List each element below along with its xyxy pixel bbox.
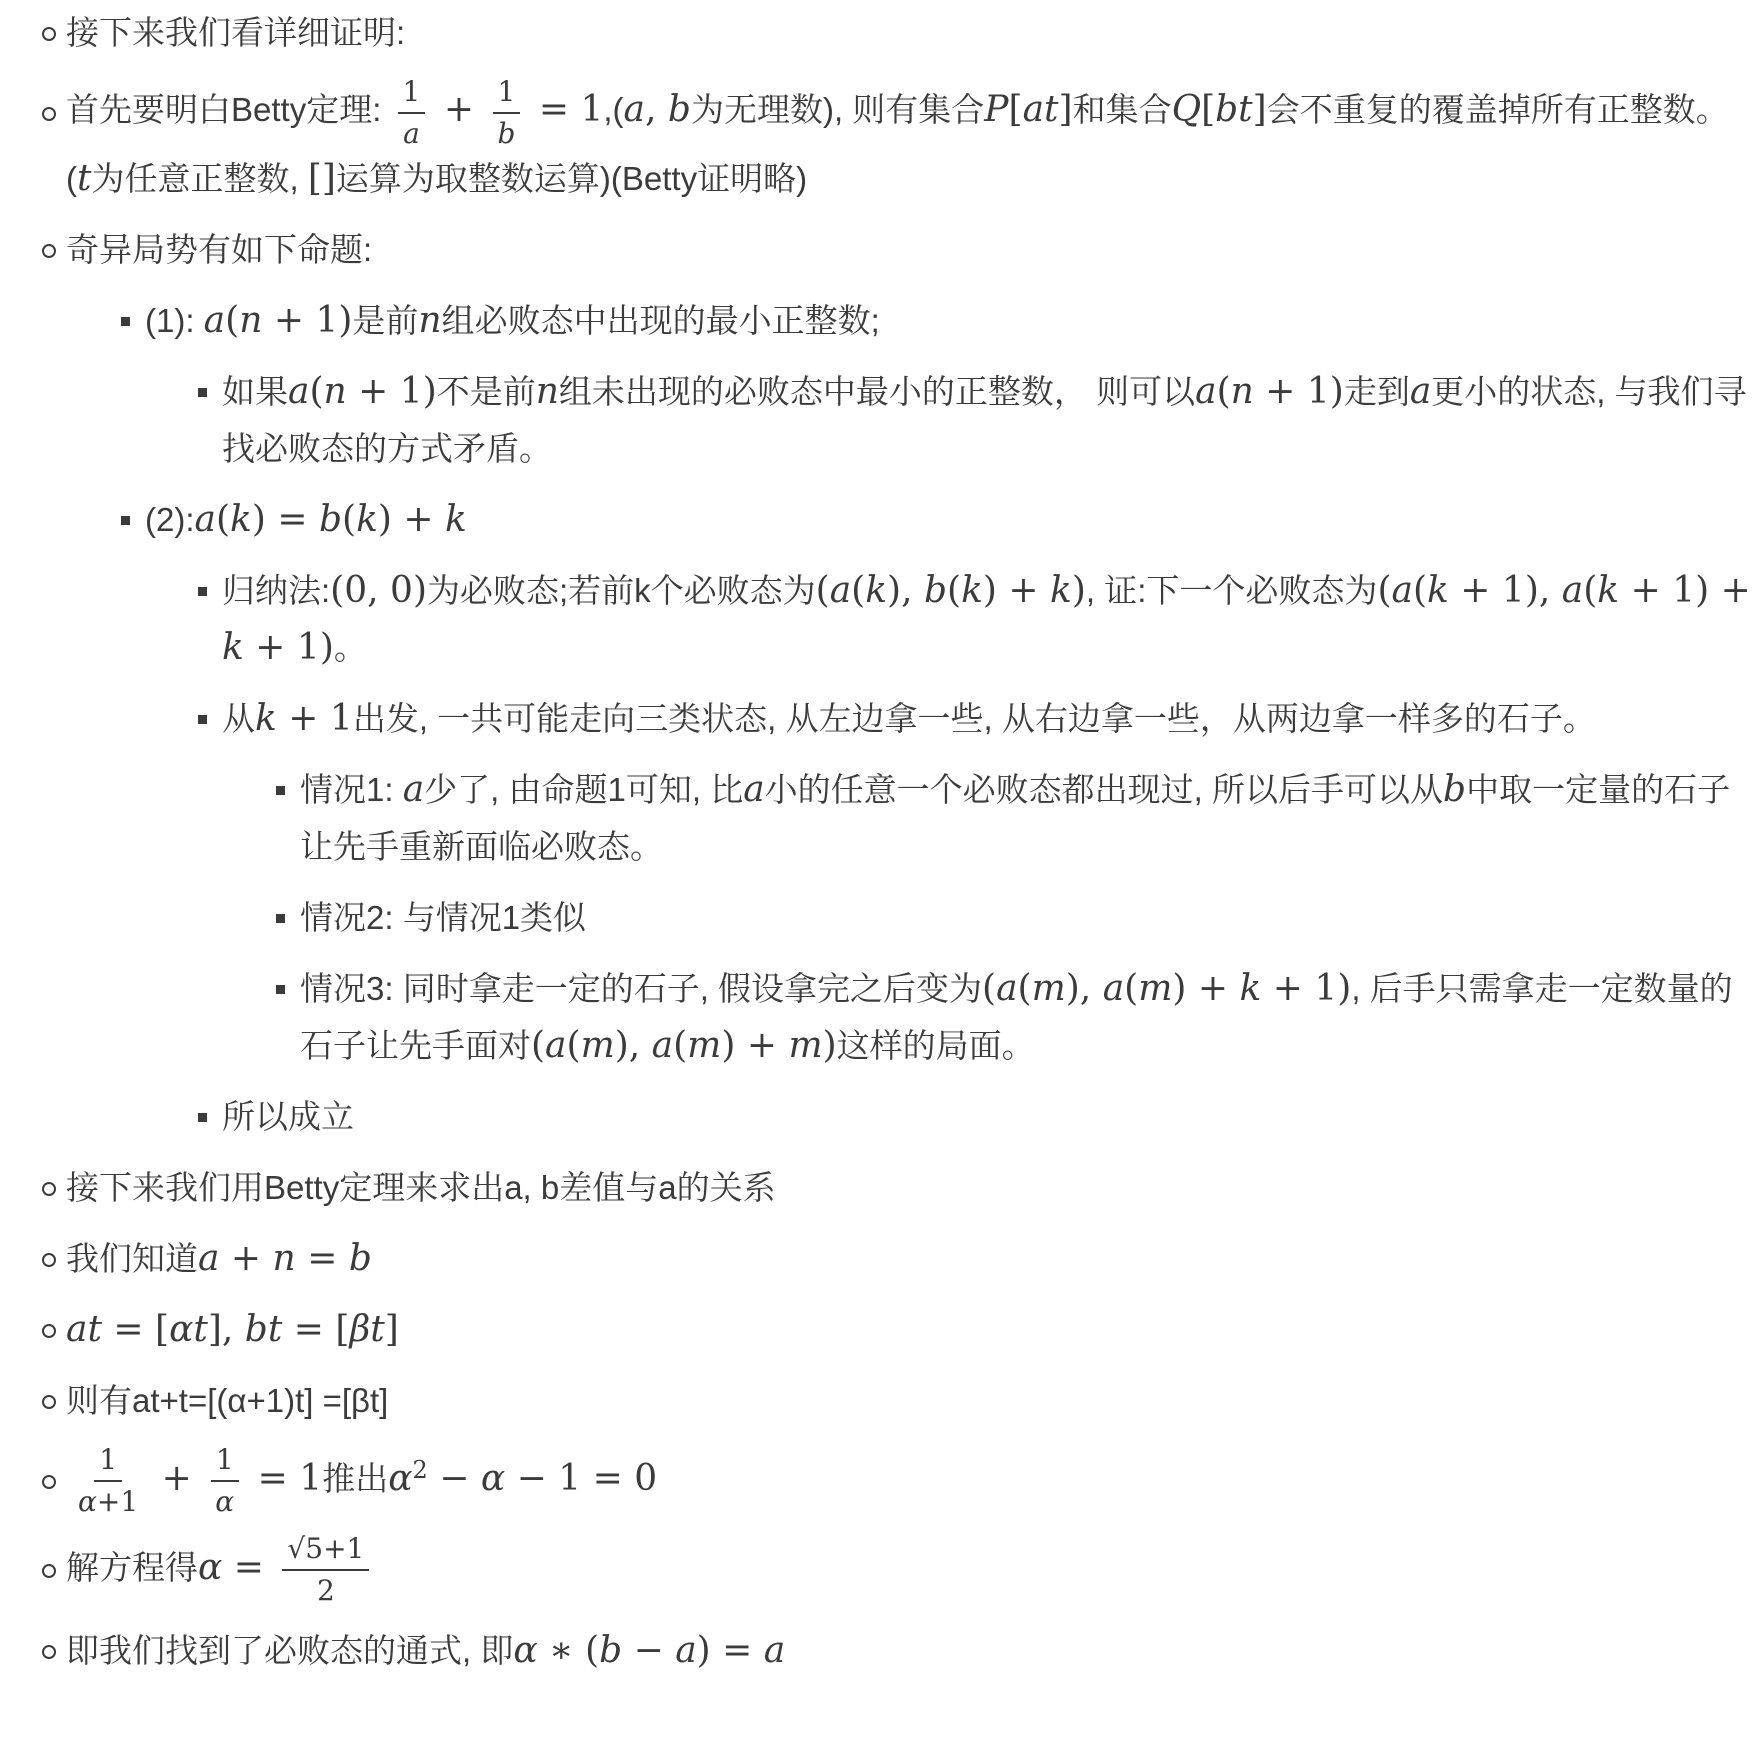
list-item-content: 从k + 1出发, 一共可能走向三类状态, 从左边拿一些, 从右边拿一些，从两边… [222,700,1596,737]
fraction-denominator: a [398,114,425,151]
square-bullet-icon [121,516,130,525]
math-run: a(n + 1) [204,300,353,341]
math-run: a(n + 1) [288,371,437,412]
list-item-content: 所以成立 [222,1098,354,1135]
text-run: 为无理数), 则有集合 [691,91,984,128]
text-run: 组未出现的必败态中最小的正整数， 则可以 [559,373,1195,410]
math-run: = 1 [527,89,603,130]
circle-bullet-icon [42,1564,56,1578]
math-run: b [1443,769,1466,810]
list-item-content: 奇异局势有如下命题: [66,231,372,268]
square-bullet-icon [276,786,285,795]
list-item: 即我们找到了必败态的通式, 即α ∗ (b − a) = a [0,1622,1752,1679]
text-run: 少了, 由命题1可知, 比 [424,771,743,808]
list-item: 情况3: 同时拿走一定的石子, 假设拿完之后变为(a(m), a(m) + k … [0,960,1752,1074]
text-run: (2): [145,501,195,538]
math-run: (a(m), a(m) + k + 1) [982,968,1351,1009]
square-bullet-icon [198,587,207,596]
circle-bullet-icon [42,107,56,121]
fraction-numerator: √5+1 [282,1532,369,1571]
text-run: 解方程得 [66,1549,198,1586]
circle-bullet-icon [42,1182,56,1196]
text-run: 小的任意一个必败态都出现过, 所以后手可以从 [765,771,1443,808]
list-item-content: 接下来我们看详细证明: [66,14,405,51]
text-run: 归纳法: [222,572,330,609]
fraction-denominator: b [492,114,520,151]
math-run: at = [αt], bt = [βt] [66,1309,399,1350]
fraction-numerator: 1 [398,75,426,114]
circle-bullet-icon [42,1645,56,1659]
text-run: 为必败态;若前k个必败态为 [427,572,816,609]
math-run: α = [198,1547,275,1588]
math-run: a(n + 1) [1195,371,1344,412]
list-item-content: (2):a(k) = b(k) + k [145,501,467,538]
list-item-content: 归纳法:(0, 0)为必败态;若前k个必败态为(a(k), b(k) + k),… [222,572,1751,666]
math-run: [] [308,158,336,199]
list-item: 奇异局势有如下命题: [0,221,1752,278]
list-item-content: 首先要明白Betty定理: 1a + 1b = 1,(a, b为无理数), 则有… [66,91,1729,197]
circle-bullet-icon [42,1475,56,1489]
math-run: (a(k), b(k) + k) [816,570,1086,611]
math-superscript: 2 [413,1456,428,1484]
list-item: 首先要明白Betty定理: 1a + 1b = 1,(a, b为无理数), 则有… [0,75,1752,207]
list-item: (1): a(n + 1)是前n组必败态中出现的最小正整数; [0,292,1752,349]
math-run: a(k) = b(k) + k [195,499,467,540]
text-run: 和集合 [1073,91,1172,128]
fraction-denominator: α+1 [73,1482,143,1519]
list-item-content: 解方程得α = √5+12 [66,1549,376,1586]
math-fraction: 1α [210,1443,239,1518]
circle-bullet-icon [42,1324,56,1338]
text-run: 为任意正整数, [91,160,307,197]
text-run: 走到 [1344,373,1410,410]
list-item-content: 情况2: 与情况1类似 [300,899,586,936]
text-run: 则有at+t=[(α+1)t] =[βt] [66,1382,388,1419]
math-run: = 1 [246,1458,322,1499]
list-item-content: 1α+1 + 1α = 1推出α2 − α − 1 = 0 [66,1460,657,1497]
list-item-content: 接下来我们用Betty定理来求出a, b差值与a的关系 [66,1169,776,1206]
list-item: 接下来我们用Betty定理来求出a, b差值与a的关系 [0,1159,1752,1216]
list-item-content: 情况1: a少了, 由命题1可知, 比a小的任意一个必败态都出现过, 所以后手可… [300,771,1730,865]
list-item: 情况1: a少了, 由命题1可知, 比a小的任意一个必败态都出现过, 所以后手可… [0,761,1752,875]
text-run: 首先要明白Betty定理: [66,91,391,128]
circle-bullet-icon [42,27,56,41]
text-run: 我们知道 [66,1240,198,1277]
text-run: ,( [603,91,623,128]
list-item: 解方程得α = √5+12 [0,1532,1752,1607]
text-run: 从 [222,700,255,737]
math-run: t [77,158,91,199]
math-run: n [536,371,559,412]
fraction-numerator: 1 [94,1443,122,1482]
math-run: − α − 1 = 0 [428,1458,657,1499]
list-item-content: 情况3: 同时拿走一定的石子, 假设拿完之后变为(a(m), a(m) + k … [300,970,1733,1064]
list-item: 则有at+t=[(α+1)t] =[βt] [0,1372,1752,1429]
text-run: 推出 [322,1460,388,1497]
text-run: , 证:下一个必败态为 [1086,572,1378,609]
fraction-denominator: 2 [312,1571,340,1608]
math-fraction: √5+12 [282,1532,369,1607]
square-bullet-icon [198,388,207,397]
math-run: a, b [624,89,691,130]
list-item: 情况2: 与情况1类似 [0,889,1752,946]
text-run: 组必败态中出现的最小正整数; [442,302,880,339]
text-run: 情况2: 与情况1类似 [300,899,586,936]
list-item: 归纳法:(0, 0)为必败态;若前k个必败态为(a(k), b(k) + k),… [0,562,1752,676]
square-bullet-icon [121,317,130,326]
fraction-denominator: α [210,1482,239,1519]
list-item: at = [αt], bt = [βt] [0,1301,1752,1358]
math-run: (0, 0) [330,570,427,611]
math-run: a + n = b [198,1238,372,1279]
math-run: a [1410,371,1431,412]
list-item-content: 即我们找到了必败态的通式, 即α ∗ (b − a) = a [66,1632,785,1669]
math-run: k + 1 [255,698,353,739]
fraction-numerator: 1 [493,75,521,114]
text-run: 即我们找到了必败态的通式, 即 [66,1632,513,1669]
text-run: 接下来我们用Betty定理来求出a, b差值与a的关系 [66,1169,776,1206]
math-run: + [432,89,485,130]
math-fraction: 1a [398,75,426,150]
proof-list: 接下来我们看详细证明:首先要明白Betty定理: 1a + 1b = 1,(a,… [0,4,1752,1679]
list-item-content: 我们知道a + n = b [66,1240,372,1277]
math-run: + [150,1458,203,1499]
list-item: 接下来我们看详细证明: [0,4,1752,61]
list-item-content: (1): a(n + 1)是前n组必败态中出现的最小正整数; [145,302,880,339]
list-item: 1α+1 + 1α = 1推出α2 − α − 1 = 0 [0,1443,1752,1518]
text-run: 这样的局面。 [837,1027,1035,1064]
square-bullet-icon [276,914,285,923]
proof-document: 接下来我们看详细证明:首先要明白Betty定理: 1a + 1b = 1,(a,… [0,4,1752,1679]
list-item: 所以成立 [0,1088,1752,1145]
text-run: 奇异局势有如下命题: [66,231,372,268]
circle-bullet-icon [42,244,56,258]
square-bullet-icon [276,985,285,994]
text-run: 情况3: 同时拿走一定的石子, 假设拿完之后变为 [300,970,982,1007]
square-bullet-icon [198,715,207,724]
text-run: 情况1: [300,771,403,808]
math-run: a [743,769,764,810]
list-item: 我们知道a + n = b [0,1230,1752,1287]
circle-bullet-icon [42,1395,56,1409]
list-item: (2):a(k) = b(k) + k [0,491,1752,548]
text-run: 是前 [352,302,418,339]
math-run: α ∗ (b − a) = a [513,1630,785,1671]
text-run: 如果 [222,373,288,410]
math-run: Q[bt] [1172,89,1267,130]
math-run: n [418,300,441,341]
fraction-numerator: 1 [211,1443,239,1482]
text-run: 不是前 [437,373,536,410]
list-item-content: at = [αt], bt = [βt] [66,1311,399,1348]
math-run: a [403,769,424,810]
text-run: 所以成立 [222,1098,354,1135]
list-item-content: 如果a(n + 1)不是前n组未出现的必败态中最小的正整数， 则可以a(n + … [222,373,1747,467]
text-run: (1): [145,302,204,339]
math-run: α [388,1458,412,1499]
math-fraction: 1b [492,75,520,150]
text-run: 运算为取整数运算)(Betty证明略) [336,160,807,197]
math-fraction: 1α+1 [73,1443,143,1518]
square-bullet-icon [198,1113,207,1122]
text-run: 接下来我们看详细证明: [66,14,405,51]
list-item-content: 则有at+t=[(α+1)t] =[βt] [66,1382,388,1419]
list-item: 如果a(n + 1)不是前n组未出现的必败态中最小的正整数， 则可以a(n + … [0,363,1752,477]
text-run: 出发, 一共可能走向三类状态, 从左边拿一些, 从右边拿一些，从两边拿一样多的石… [353,700,1596,737]
math-run: (a(m), a(m) + m) [531,1025,837,1066]
math-run: P[at] [984,89,1072,130]
list-item: 从k + 1出发, 一共可能走向三类状态, 从左边拿一些, 从右边拿一些，从两边… [0,690,1752,747]
circle-bullet-icon [42,1253,56,1267]
text-run: 。 [334,629,367,666]
